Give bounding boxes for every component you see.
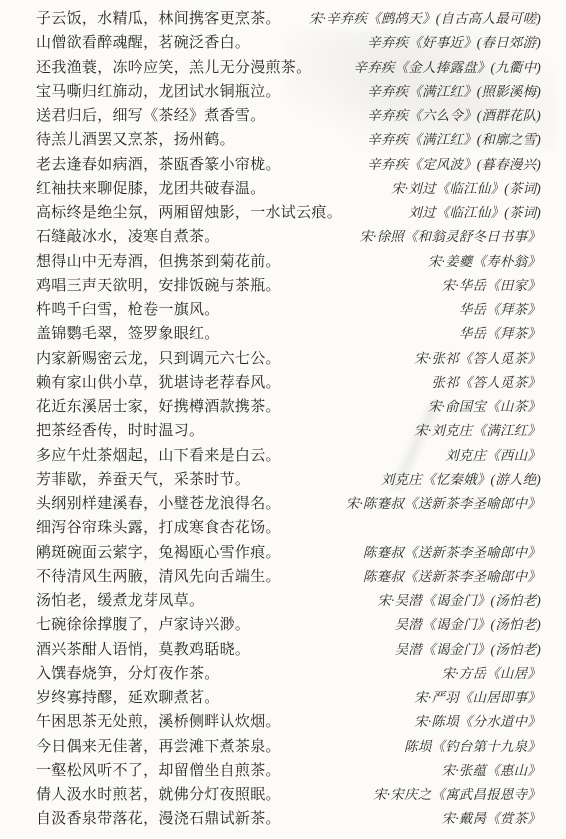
quote-text: 岁终寡持醪，延欢聊煮茗。 (36, 686, 220, 710)
quote-row: 自汲香泉带落花，漫浇石鼎试新茶。 宋·戴昺《赏茶》 (36, 807, 541, 831)
quote-text: 酒兴茶酣人语悄，莫教鸡聒晓。 (36, 638, 250, 662)
source-attribution: 宋·陈蹇叔《送新茶李圣喻郎中》 (281, 492, 541, 516)
quote-row: 待羔儿酒罢又烹茶，扬州鹤。 辛弃疾《满江红》(和廓之雪) (36, 128, 541, 152)
quote-row: 鸡唱三声天欲明，安排饭碗与茶瓶。 宋·华岳《田家》 (36, 274, 541, 298)
quote-text: 杵鸣千臼雪，枪卷一旗风。 (36, 298, 220, 322)
quote-row: 不待清风生两腋，清风先向舌端生。 陈蹇叔《送新茶李圣喻郎中》 (36, 565, 541, 589)
source-attribution: 宋·严羽《山居即事》 (220, 686, 541, 710)
quote-row: 汤怕老，缓煮龙芽凤草。 宋·吴潜《谒金门》(汤怕老) (36, 589, 541, 613)
quote-text: 待羔儿酒罢又烹茶，扬州鹤。 (36, 128, 235, 152)
book-page: 子云饭，水精瓜，林间携客更烹茶。 宋·辛弃疾《鹧鸪天》(自古高人最可嗟) 山僧欲… (0, 0, 566, 839)
quote-text: 石缝敲冰水，凌寒自煮茶。 (36, 225, 220, 249)
quote-row: 还我渔蓑，冻吟应笑，羔儿无分漫煎茶。 辛弃疾《金人捧露盘》(九衢中) (36, 56, 541, 80)
quote-row: 杵鸣千臼雪，枪卷一旗风。 华岳《拜茶》 (36, 298, 541, 322)
quote-text: 内家新赐密云龙，只到调元六七公。 (36, 347, 281, 371)
quote-text: 想得山中无寿酒，但携茶到菊花前。 (36, 250, 281, 274)
source-attribution: 宋·张祁《答人觅茶》 (281, 347, 541, 371)
quote-row: 午困思茶无处煎，溪桥侧畔认炊烟。 宋·陈埙《分水道中》 (36, 710, 541, 734)
quote-text: 七碗徐徐撑腹了，卢家诗兴渺。 (36, 613, 250, 637)
source-attribution: 华岳《拜茶》 (220, 322, 541, 346)
quote-text: 今日偶来无佳著，再尝滩下煮茶泉。 (36, 735, 281, 759)
quote-row: 鹇斑碗面云萦字，兔褐瓯心雪作痕。 陈蹇叔《送新茶李圣喻郎中》 (36, 541, 541, 565)
quote-text: 赖有家山供小草，犹堪诗老荐春风。 (36, 371, 281, 395)
source-attribution: 辛弃疾《满江红》(和廓之雪) (235, 128, 541, 152)
source-attribution: 宋·姜夔《寿朴翁》 (281, 250, 541, 274)
source-attribution: 宋·方岳《山居》 (220, 662, 541, 686)
quote-text: 鹇斑碗面云萦字，兔褐瓯心雪作痕。 (36, 541, 281, 565)
quote-row: 想得山中无寿酒，但携茶到菊花前。 宋·姜夔《寿朴翁》 (36, 250, 541, 274)
source-attribution: 吴潜《谒金门》(汤怕老) (250, 613, 541, 637)
quote-text: 细泻谷帘珠头露，打成寒食杏花饧。 (36, 516, 281, 540)
quote-text: 把茶经香传，时时温习。 (36, 419, 204, 443)
quote-text: 午困思茶无处煎，溪桥侧畔认炊烟。 (36, 710, 281, 734)
quote-text: 老去逢春如病酒，茶瓯香篆小帘栊。 (36, 153, 281, 177)
quote-row: 花近东溪居士家，好携樽酒款携茶。 宋·俞国宝《山茶》 (36, 395, 541, 419)
quote-row: 盖锦鹦毛翠，签罗象眼红。 华岳《拜茶》 (36, 322, 541, 346)
quote-row: 七碗徐徐撑腹了，卢家诗兴渺。 吴潜《谒金门》(汤怕老) (36, 613, 541, 637)
quote-row: 今日偶来无佳著，再尝滩下煮茶泉。 陈埙《钓台第十九泉》 (36, 735, 541, 759)
source-attribution: 刘过《临江仙》(茶词) (342, 201, 541, 225)
quote-row: 头纲别样建溪春，小璧苍龙浪得名。 宋·陈蹇叔《送新茶李圣喻郎中》 (36, 492, 541, 516)
quote-text: 头纲别样建溪春，小璧苍龙浪得名。 (36, 492, 281, 516)
quote-text: 鸡唱三声天欲明，安排饭碗与茶瓶。 (36, 274, 281, 298)
quote-row: 酒兴茶酣人语悄，莫教鸡聒晓。 吴潜《谒金门》(汤怕老) (36, 638, 541, 662)
quote-text: 自汲香泉带落花，漫浇石鼎试新茶。 (36, 807, 281, 831)
quote-text: 子云饭，水精瓜，林间携客更烹茶。 (36, 7, 281, 31)
source-attribution: 辛弃疾《定风波》(暮春漫兴) (281, 153, 541, 177)
quote-row: 子云饭，水精瓜，林间携客更烹茶。 宋·辛弃疾《鹧鸪天》(自古高人最可嗟) (36, 7, 541, 31)
source-attribution: 刘克庄《西山》 (281, 444, 541, 468)
quote-text: 不待清风生两腋，清风先向舌端生。 (36, 565, 281, 589)
source-attribution: 辛弃疾《满江红》(照影溪梅) (281, 80, 541, 104)
quote-row: 赖有家山供小草，犹堪诗老荐春风。 张祁《答人觅茶》 (36, 371, 541, 395)
source-attribution: 陈蹇叔《送新茶李圣喻郎中》 (281, 541, 541, 565)
quote-row: 岁终寡持醪，延欢聊煮茗。 宋·严羽《山居即事》 (36, 686, 541, 710)
source-attribution: 吴潜《谒金门》(汤怕老) (250, 638, 541, 662)
quote-row: 倩人汲水时煎茗，就佛分灯夜照眠。 宋·宋庆之《寓武昌报恩寺》 (36, 783, 541, 807)
source-attribution: 宋·华岳《田家》 (281, 274, 541, 298)
source-attribution: 陈蹇叔《送新茶李圣喻郎中》 (281, 565, 541, 589)
quote-text: 宝马嘶归红旆动，龙团试水铜瓶泣。 (36, 80, 281, 104)
quote-text: 倩人汲水时煎茗，就佛分灯夜照眠。 (36, 783, 281, 807)
quote-row: 高标终是绝尘氛，两厢留烛影，一水试云痕。 刘过《临江仙》(茶词) (36, 201, 541, 225)
quote-row: 红袖扶来聊促膝，龙团共破春温。 宋·刘过《临江仙》(茶词) (36, 177, 541, 201)
source-attribution: 宋·刘克庄《满江红》 (204, 419, 541, 443)
quote-row: 入馔春烧笋，分灯夜作茶。 宋·方岳《山居》 (36, 662, 541, 686)
source-attribution: 华岳《拜茶》 (220, 298, 541, 322)
source-attribution: 刘克庄《忆秦娥》(游人绝) (250, 468, 541, 492)
quote-row: 宝马嘶归红旆动，龙团试水铜瓶泣。 辛弃疾《满江红》(照影溪梅) (36, 80, 541, 104)
quote-row: 多应午灶茶烟起，山下看来是白云。 刘克庄《西山》 (36, 444, 541, 468)
quote-row: 内家新赐密云龙，只到调元六七公。 宋·张祁《答人觅茶》 (36, 347, 541, 371)
quote-row: 芳菲歇，养蚕天气，采茶时节。 刘克庄《忆秦娥》(游人绝) (36, 468, 541, 492)
quote-text: 花近东溪居士家，好携樽酒款携茶。 (36, 395, 281, 419)
quote-row: 老去逢春如病酒，茶瓯香篆小帘栊。 辛弃疾《定风波》(暮春漫兴) (36, 153, 541, 177)
source-attribution: 辛弃疾《六么令》(酒群花队) (266, 104, 541, 128)
quote-row: 细泻谷帘珠头露，打成寒食杏花饧。 (36, 516, 541, 540)
quote-text: 入馔春烧笋，分灯夜作茶。 (36, 662, 220, 686)
quote-text: 还我渔蓑，冻吟应笑，羔儿无分漫煎茶。 (36, 56, 311, 80)
source-attribution: 辛弃疾《好事近》(春日郊游) (250, 31, 541, 55)
source-attribution: 宋·张蕴《惠山》 (281, 759, 541, 783)
source-attribution: 宋·徐照《和翁灵舒冬日书事》 (220, 225, 541, 249)
quote-text: 芳菲歇，养蚕天气，采茶时节。 (36, 468, 250, 492)
source-attribution: 宋·吴潜《谒金门》(汤怕老) (204, 589, 541, 613)
quote-text: 盖锦鹦毛翠，签罗象眼红。 (36, 322, 220, 346)
quote-row: 山僧欲看醉魂醒，茗碗泛香白。 辛弃疾《好事近》(春日郊游) (36, 31, 541, 55)
source-attribution: 张祁《答人觅茶》 (281, 371, 541, 395)
quote-text: 一壑松风听不了，却留僧坐自煎茶。 (36, 759, 281, 783)
quote-text: 汤怕老，缓煮龙芽凤草。 (36, 589, 204, 613)
source-attribution: 宋·辛弃疾《鹧鸪天》(自古高人最可嗟) (281, 7, 541, 31)
quote-text: 送君归后，细写《茶经》煮香雪。 (36, 104, 266, 128)
quote-text: 山僧欲看醉魂醒，茗碗泛香白。 (36, 31, 250, 55)
quote-row: 把茶经香传，时时温习。 宋·刘克庄《满江红》 (36, 419, 541, 443)
quote-text: 多应午灶茶烟起，山下看来是白云。 (36, 444, 281, 468)
quote-row: 石缝敲冰水，凌寒自煮茶。 宋·徐照《和翁灵舒冬日书事》 (36, 225, 541, 249)
source-attribution: 宋·宋庆之《寓武昌报恩寺》 (281, 783, 541, 807)
source-attribution: 辛弃疾《金人捧露盘》(九衢中) (311, 56, 541, 80)
source-attribution: 宋·戴昺《赏茶》 (281, 807, 541, 831)
source-attribution: 陈埙《钓台第十九泉》 (281, 735, 541, 759)
source-attribution: 宋·陈埙《分水道中》 (281, 710, 541, 734)
quote-text: 高标终是绝尘氛，两厢留烛影，一水试云痕。 (36, 201, 342, 225)
quote-row: 一壑松风听不了，却留僧坐自煎茶。 宋·张蕴《惠山》 (36, 759, 541, 783)
source-attribution: 宋·刘过《临江仙》(茶词) (266, 177, 541, 201)
source-attribution: 宋·俞国宝《山茶》 (281, 395, 541, 419)
quote-row: 送君归后，细写《茶经》煮香雪。 辛弃疾《六么令》(酒群花队) (36, 104, 541, 128)
quote-text: 红袖扶来聊促膝，龙团共破春温。 (36, 177, 266, 201)
quote-list: 子云饭，水精瓜，林间携客更烹茶。 宋·辛弃疾《鹧鸪天》(自古高人最可嗟) 山僧欲… (0, 0, 566, 832)
